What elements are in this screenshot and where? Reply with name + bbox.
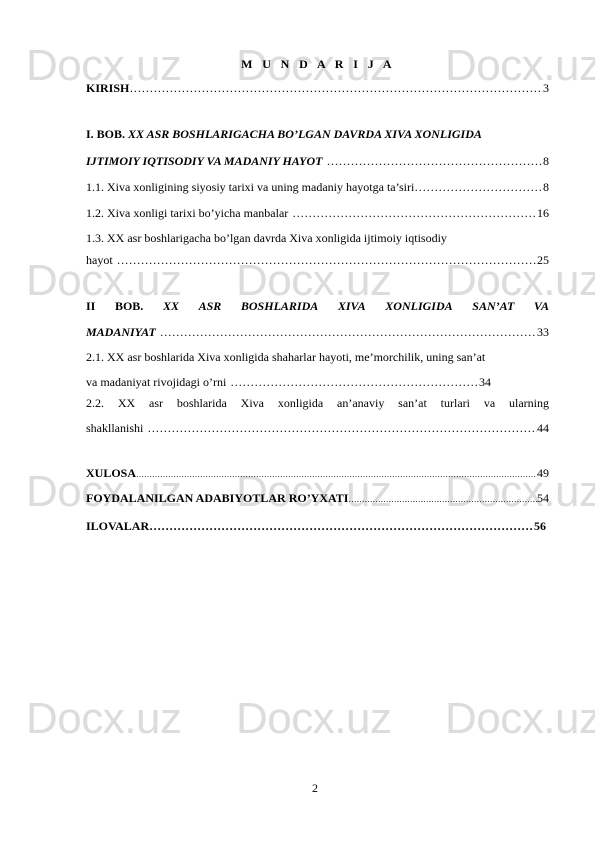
toc-leader-dots — [292, 206, 537, 220]
chapter-title: XX ASR BOSHLARIGACHA BO’LGAN DAVRDA XIVA… — [128, 127, 482, 141]
toc-page-number: 8 — [543, 180, 549, 194]
toc-leader-dots — [348, 493, 537, 507]
chapter-prefix: I. BOB. — [86, 127, 128, 141]
chapter-prefix-word: BOB. — [115, 299, 143, 313]
toc-leader-dots — [326, 154, 543, 168]
chapter-title-continued: MADANIYAT — [86, 325, 156, 339]
chapter-title-word: XX — [163, 299, 179, 313]
toc-label: FOYDALANILGAN ADABIYOTLAR RO’YXATI — [86, 491, 348, 505]
toc-entry-1-1[interactable]: 1.1. Xiva xonligining siyosiy tarixi va … — [86, 180, 549, 194]
document-page: M U N D A R I J A KIRISH 3 I. BOB. XX AS… — [0, 0, 595, 842]
toc-label: 1.1. Xiva xonligining siyosiy tarixi va … — [86, 180, 414, 194]
page-title: M U N D A R I J A — [0, 57, 595, 72]
toc-leader-dots — [414, 180, 543, 194]
toc-leader-dots — [129, 81, 543, 95]
toc-page-number: 44 — [537, 421, 549, 435]
toc-page-number: 8 — [543, 154, 549, 168]
chapter-title-continued: IJTIMOIY IQTISODIY VA MADANIY HAYOT — [86, 154, 322, 168]
toc-label: KIRISH — [86, 81, 129, 95]
chapter-title-word: BOSHLARIDA — [241, 299, 318, 313]
toc-label: va madaniyat rivojidagi o’rni — [86, 375, 226, 389]
toc-label: hayot — [86, 253, 113, 267]
toc-leader-dots — [136, 468, 537, 482]
toc-chapter-1-heading[interactable]: I. BOB. XX ASR BOSHLARIGACHA BO’LGAN DAV… — [86, 127, 482, 141]
toc-entry-kirish[interactable]: KIRISH 3 — [86, 81, 549, 95]
toc-page-number: 3 — [543, 81, 549, 95]
toc-chapter-2-heading[interactable]: II BOB. XX ASR BOSHLARIDA XIVA XONLIGIDA… — [86, 299, 549, 313]
toc-entry-1-3[interactable]: hayot 25 — [86, 253, 549, 267]
toc-entry-chapter-2[interactable]: MADANIYAT 33 — [86, 325, 549, 339]
toc-label: 1.2. Xiva xonligi tarixi bo’yicha manbal… — [86, 206, 288, 220]
toc-entry-2-2[interactable]: shakllanishi 44 — [86, 421, 549, 435]
page-number: 2 — [312, 781, 318, 796]
chapter-title-word: VA — [534, 299, 549, 313]
chapter-title-word: SAN’AT — [472, 299, 514, 313]
toc-entry-chapter-1[interactable]: IJTIMOIY IQTISODIY VA MADANIY HAYOT 8 — [86, 154, 549, 168]
toc-entry-ilovalar[interactable]: ILOVALAR 56 — [86, 519, 546, 533]
toc-page-number: 49 — [537, 466, 549, 480]
toc-entry-2-1-line1[interactable]: 2.1. XX asr boshlarida Xiva xonligida sh… — [86, 350, 485, 364]
chapter-title-word: XIVA — [338, 299, 366, 313]
toc-leader-dots — [230, 375, 479, 389]
toc-page-number: 25 — [537, 253, 549, 267]
toc-page-number: 33 — [537, 325, 549, 339]
toc-leader-dots — [117, 253, 537, 267]
toc-entry-1-2[interactable]: 1.2. Xiva xonligi tarixi bo’yicha manbal… — [86, 206, 549, 220]
toc-leader-dots — [149, 519, 534, 533]
chapter-title-word: XONLIGIDA — [385, 299, 452, 313]
toc-entry-2-1[interactable]: va madaniyat rivojidagi o’rni 34 — [86, 375, 491, 389]
toc-leader-dots — [147, 421, 537, 435]
toc-entry-2-2-line1[interactable]: 2.2. XX asr boshlarida Xiva xonligida an… — [86, 396, 549, 410]
toc-label: ILOVALAR — [86, 519, 149, 533]
toc-page-number: 16 — [537, 206, 549, 220]
toc-page-number: 56 — [534, 519, 546, 533]
toc-entry-adabiyotlar[interactable]: FOYDALANILGAN ADABIYOTLAR RO’YXATI 54 — [86, 491, 549, 507]
toc-entry-xulosa[interactable]: XULOSA 49 — [86, 466, 549, 482]
chapter-title-word: ASR — [199, 299, 222, 313]
toc-leader-dots — [160, 325, 537, 339]
toc-label: XULOSA — [86, 466, 136, 480]
toc-page-number: 54 — [537, 491, 549, 505]
chapter-prefix-word: II — [86, 299, 95, 313]
toc-entry-1-3-line1[interactable]: 1.3. XX asr boshlarigacha bo’lgan davrda… — [86, 231, 447, 245]
toc-page-number: 34 — [479, 375, 491, 389]
toc-label: shakllanishi — [86, 421, 143, 435]
